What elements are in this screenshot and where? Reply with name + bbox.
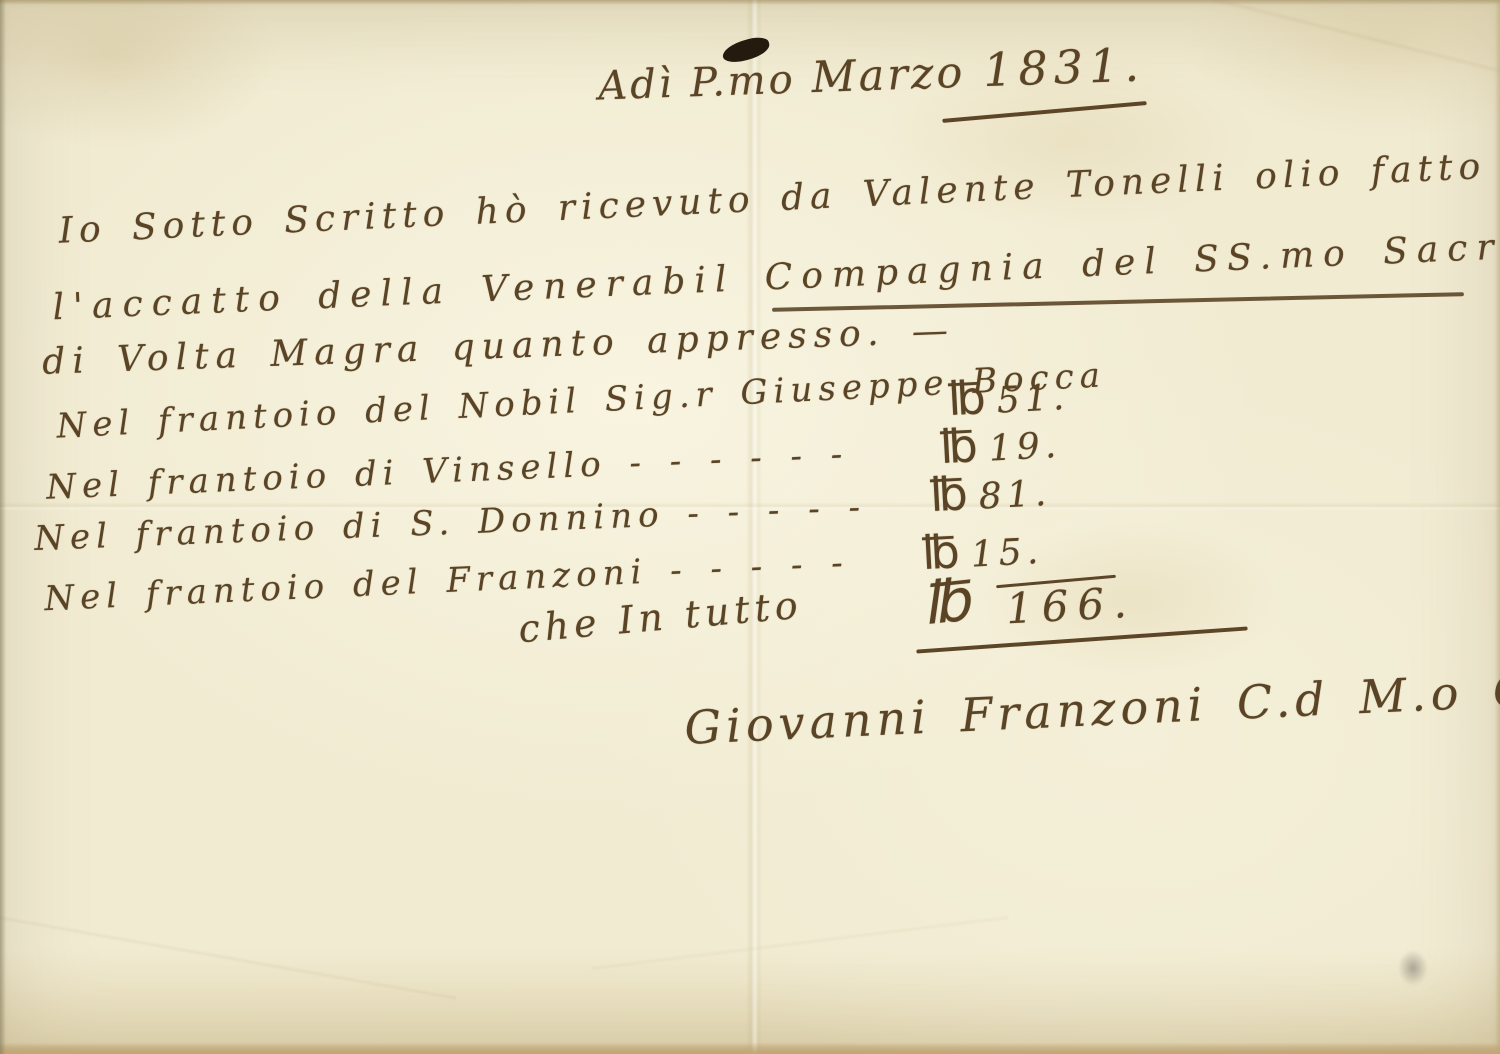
item-amount: ℔51.: [947, 369, 1070, 424]
item-amount: ℔81.: [929, 465, 1052, 520]
paper-edge-bottom: [0, 1042, 1500, 1054]
scanned-document: Adì P.moMarzo1831. Io Sotto Scritto hò r…: [0, 0, 1500, 1054]
date-prefix: Adì P.mo: [597, 57, 796, 110]
item-amount-value: 51.: [996, 377, 1070, 422]
paper-edge-top: [0, 0, 1500, 5]
item-amount: ℔19.: [939, 417, 1062, 472]
date-year: 1831.: [982, 37, 1145, 97]
item-amount-value: 81.: [978, 473, 1052, 518]
item-amount-value: 19.: [988, 425, 1062, 470]
pound-unit-symbol-total: ℔: [919, 570, 973, 636]
pound-unit-symbol: ℔: [929, 466, 974, 522]
date-month: Marzo: [811, 48, 966, 103]
item-amount-value: 15.: [970, 531, 1044, 576]
total-amount-value: 166.: [1005, 581, 1137, 632]
pencil-smudge: [1398, 950, 1428, 986]
paper-edge-left: [0, 0, 6, 1054]
